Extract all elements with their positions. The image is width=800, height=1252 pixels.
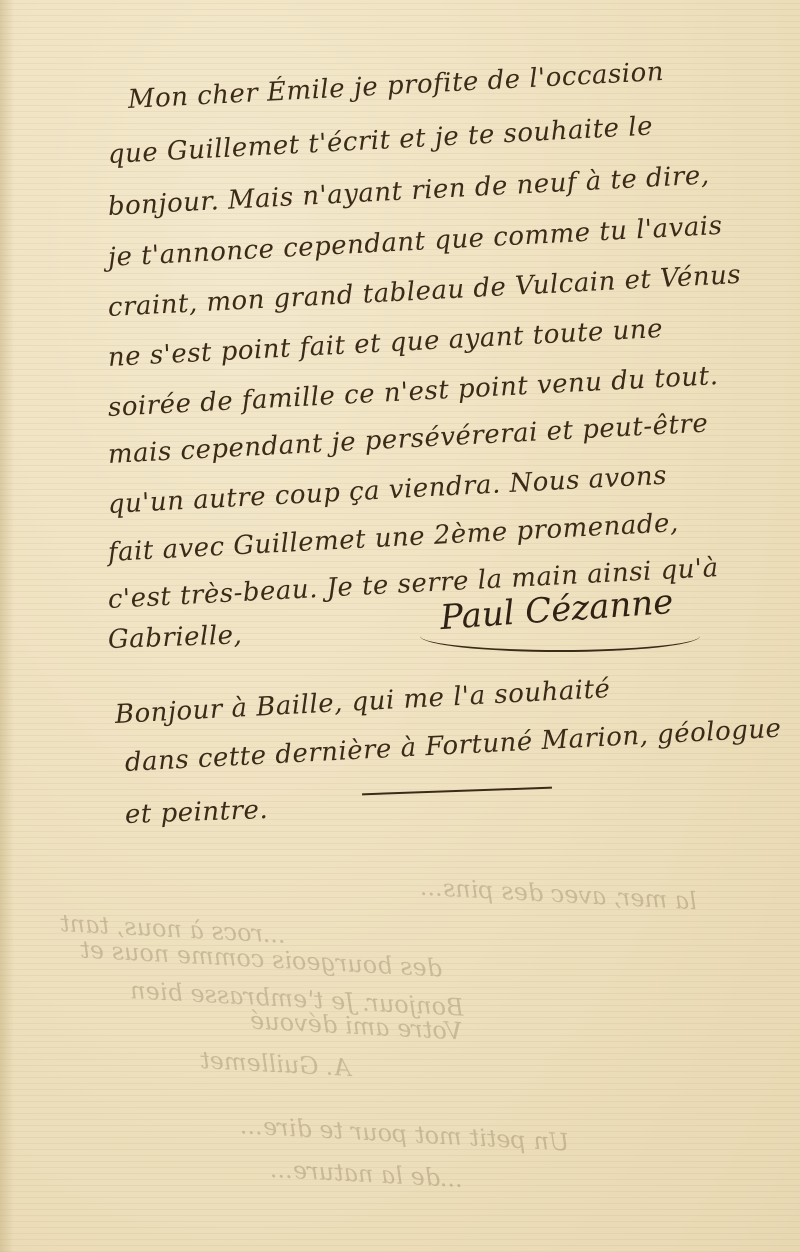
- letter-line: Gabrielle,: [107, 620, 242, 655]
- letter-line: craint, mon grand tableau de Vulcain et …: [107, 260, 742, 323]
- letter-page: la mer, avec des pins... ...rocs à nous,…: [0, 0, 800, 1252]
- bleed-through-line: ...de la nature...: [269, 1155, 463, 1193]
- underline-rule: [362, 787, 552, 796]
- paper-edge: [0, 0, 14, 1252]
- bleed-through-line: Un petit mot pour te dire...: [239, 1111, 569, 1156]
- postscript-line: Bonjour à Baille, qui me l'a souhaité: [114, 674, 611, 730]
- letter-line: que Guillemet t'écrit et je te souhaite …: [107, 111, 653, 170]
- postscript-line: et peintre.: [124, 795, 268, 830]
- letter-line: je t'annonce cependant que comme tu l'av…: [107, 211, 723, 273]
- signature-flourish: [420, 620, 700, 652]
- letter-line: ne s'est point fait et que ayant toute u…: [107, 314, 663, 373]
- bleed-through-line: la mer, avec des pins...: [419, 873, 697, 915]
- letter-line: Mon cher Émile je profite de l'occasion: [127, 57, 664, 115]
- letter-line: bonjour. Mais n'ayant rien de neuf à te …: [107, 160, 710, 221]
- letter-line: qu'un autre coup ça viendra. Nous avons: [107, 461, 667, 520]
- bleed-through-line: A. Guillemet: [199, 1046, 351, 1082]
